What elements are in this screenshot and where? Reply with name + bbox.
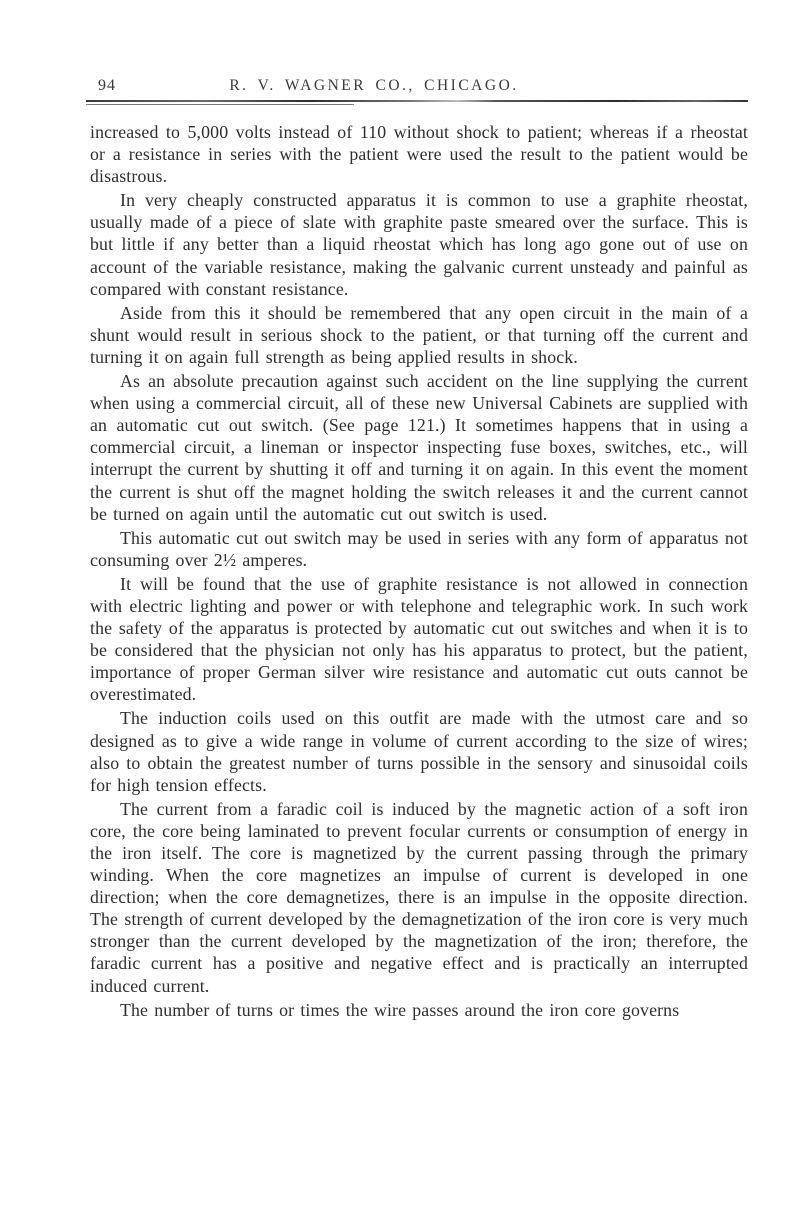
body-paragraph: It will be found that the use of graphit… — [90, 573, 748, 706]
body-paragraph: The induction coils used on this outfit … — [90, 707, 748, 795]
body-paragraph: The number of turns or times the wire pa… — [90, 999, 748, 1021]
body-paragraph: The current from a faradic coil is induc… — [90, 798, 748, 997]
header-rule — [86, 100, 748, 102]
running-header-title: R. V. WAGNER CO., CHICAGO. — [0, 77, 774, 95]
body-paragraph: This automatic cut out switch may be use… — [90, 527, 748, 571]
scanned-book-page: 94 R. V. WAGNER CO., CHICAGO. increased … — [0, 0, 800, 1219]
body-paragraph: increased to 5,000 volts instead of 110 … — [90, 121, 748, 187]
body-text-block: increased to 5,000 volts instead of 110 … — [90, 121, 748, 1023]
body-paragraph: As an absolute precaution against such a… — [90, 370, 748, 525]
header-rule-fragment — [86, 104, 354, 105]
body-paragraph: In very cheaply constructed apparatus it… — [90, 189, 748, 299]
body-paragraph: Aside from this it should be remembered … — [90, 302, 748, 368]
